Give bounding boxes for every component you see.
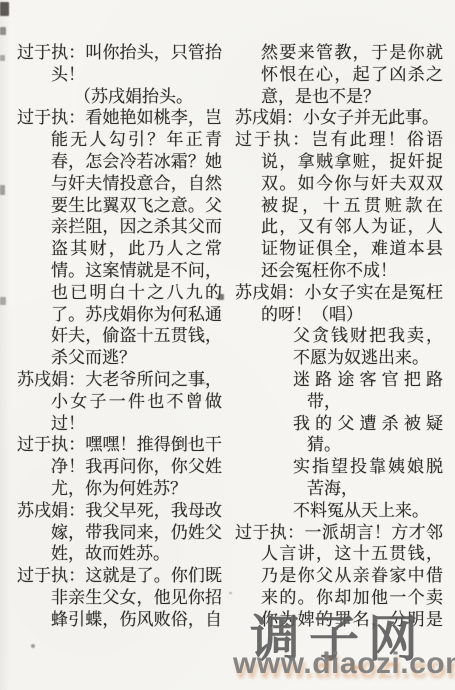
ink-speck — [198, 382, 206, 384]
script-line: 春，怎会冷若冰霜？她 — [17, 151, 222, 173]
script-line: 父贪钱财把我卖， — [235, 325, 443, 347]
script-line: 尤，你为何姓苏？ — [17, 478, 222, 500]
script-line: 还会冤枉你不成！ — [235, 260, 443, 282]
script-line: 姓，故而姓苏。 — [17, 543, 222, 565]
script-line: 苏戌娟：大老爷所问之事， — [17, 369, 222, 391]
script-line: 实指望投靠姨娘脱 — [235, 456, 443, 478]
script-line: 被捉，十五贯赃款在 — [235, 195, 443, 217]
script-line: （苏戌娟抬头。 — [17, 86, 222, 108]
script-line: 嫁，带我同来，仍姓父 — [17, 522, 222, 544]
script-line: 非亲生父女，他见你招 — [17, 587, 222, 609]
script-line: 过于执：嘿嘿！推得倒也干 — [17, 434, 222, 456]
ink-speck — [218, 294, 224, 300]
script-line: 过于执：看她艳如桃李，岂 — [17, 107, 222, 129]
script-line: 乃是你父从亲眷家中借 — [235, 565, 443, 587]
script-line: 能无人勾引？年正青 — [17, 129, 222, 151]
script-line: 亲拦阻，因之杀其父而 — [17, 216, 222, 238]
script-line: 证物证俱全，难道本县 — [235, 238, 443, 260]
ink-speck — [229, 592, 232, 594]
script-line: 苏戌娟：我父早死，我母改 — [17, 500, 222, 522]
script-line: 不愿为奴逃出来。 — [235, 347, 443, 369]
script-line: 苦海， — [235, 478, 443, 500]
script-line: 蜂引蝶，伤风败俗，自 — [17, 609, 222, 631]
script-line: 要生比翼双飞之意。父 — [17, 195, 222, 217]
script-line: 人言讲，这十五贯钱， — [235, 543, 443, 565]
script-line: 净！我再问你，你父姓 — [17, 456, 222, 478]
script-line: 怀恨在心，起了凶杀之 — [235, 64, 443, 86]
script-line: 意，是也不是？ — [235, 86, 443, 108]
script-line: 情。这案情就是不问， — [17, 260, 222, 282]
script-line: 苏戌娟：小女子实在是冤枉 — [235, 282, 443, 304]
script-line: 过于执：叫你抬头，只管抬 — [17, 42, 222, 64]
script-line: 带， — [235, 391, 443, 413]
script-line: 我的父遭杀被疑 — [235, 413, 443, 435]
script-line: 过！ — [17, 413, 222, 435]
faint-orange-watermark-marks — [316, 658, 426, 674]
script-line: 然要来管教，于是你就 — [235, 42, 443, 64]
scanned-script-page: 过于执：叫你抬头，只管抬头！（苏戌娟抬头。过于执：看她艳如桃李，岂能无人勾引？年… — [0, 0, 455, 690]
script-line: 小女子一件也不曾做 — [17, 391, 222, 413]
gutter-edge-artifact — [0, 185, 5, 195]
ink-speck — [31, 644, 35, 648]
script-line: 苏戌娟：小女子并无此事。 — [235, 107, 443, 129]
script-line: 奸夫，偷盗十五贯钱， — [17, 325, 222, 347]
script-line: 头！ — [17, 64, 222, 86]
gutter-edge-artifact — [0, 297, 6, 305]
ink-speck — [211, 526, 214, 529]
script-line: 来的。你却加他一个卖 — [235, 587, 443, 609]
left-column: 过于执：叫你抬头，只管抬头！（苏戌娟抬头。过于执：看她艳如桃李，岂能无人勾引？年… — [17, 42, 222, 631]
script-line: 过于执：这就是了。你们既 — [17, 565, 222, 587]
script-line: 此，又有邻人为证，人 — [235, 216, 443, 238]
script-line: 过于执：一派胡言！方才邻 — [235, 522, 443, 544]
gutter-edge-artifact — [0, 2, 9, 16]
script-line: 的呀！（唱） — [235, 304, 443, 326]
script-line: 迷路途客官把路 — [235, 369, 443, 391]
script-line: 与奸夫情投意合，自然 — [17, 173, 222, 195]
script-line: 也已明白十之八九的 — [17, 282, 222, 304]
script-line: 猜。 — [235, 434, 443, 456]
script-line: 说，拿贼拿赃，捉奸捉 — [235, 151, 443, 173]
script-line: 杀父而逃？ — [17, 347, 222, 369]
script-line: 双。如今你与奸夫双双 — [235, 173, 443, 195]
script-line: 盗其财，此乃人之常 — [17, 238, 222, 260]
script-line: 过于执：岂有此理！俗语 — [235, 129, 443, 151]
gutter-edge-artifact — [0, 27, 6, 35]
right-column: 然要来管教，于是你就怀恨在心，起了凶杀之意，是也不是？苏戌娟：小女子并无此事。过… — [235, 42, 443, 631]
script-line: 不料冤从天上来。 — [235, 500, 443, 522]
script-line: 了。苏戌娟你为何私通 — [17, 304, 222, 326]
gutter-edge-artifact — [0, 55, 5, 61]
